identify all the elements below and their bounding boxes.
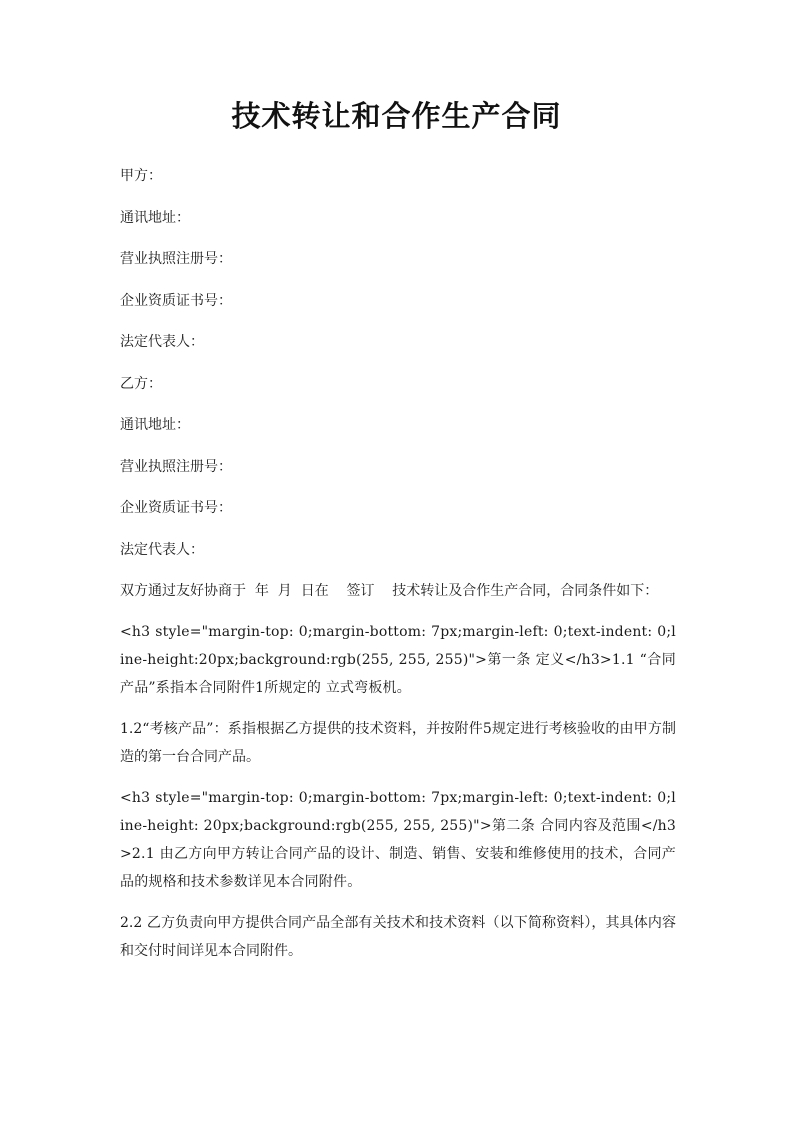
contract-clauses: 双方通过友好协商于 年 月 日在 签订 技术转让及合作生产合同，合同条件如下： … [120, 577, 676, 965]
party-b-label: 乙方： [120, 370, 676, 398]
party-b-license-label: 营业执照注册号： [120, 453, 676, 481]
party-b-section: 乙方： 通讯地址： 营业执照注册号： 企业资质证书号： 法定代表人： [120, 370, 676, 564]
document-body: 甲方： 通讯地址： 营业执照注册号： 企业资质证书号： 法定代表人： 乙方： 通… [120, 162, 676, 978]
clause-1-2-paragraph: 1.2“考核产品”：系指根据乙方提供的技术资料，并按附件5规定进行考核验收的由甲… [120, 715, 676, 771]
party-a-representative-label: 法定代表人： [120, 328, 676, 356]
document-page: 技术转让和合作生产合同 甲方： 通讯地址： 营业执照注册号： 企业资质证书号： … [0, 0, 793, 1122]
document-title: 技术转让和合作生产合同 [0, 94, 793, 138]
clause-1-1-paragraph: <h3 style="margin-top: 0;margin-bottom: … [120, 618, 676, 702]
party-a-label: 甲方： [120, 162, 676, 190]
party-b-qualification-label: 企业资质证书号： [120, 494, 676, 522]
party-a-license-label: 营业执照注册号： [120, 245, 676, 273]
party-a-section: 甲方： 通讯地址： 营业执照注册号： 企业资质证书号： 法定代表人： [120, 162, 676, 356]
party-a-address-label: 通讯地址： [120, 204, 676, 232]
clause-2-1-paragraph: <h3 style="margin-top: 0;margin-bottom: … [120, 784, 676, 896]
preamble-paragraph: 双方通过友好协商于 年 月 日在 签订 技术转让及合作生产合同，合同条件如下： [120, 577, 676, 605]
party-b-address-label: 通讯地址： [120, 411, 676, 439]
party-b-representative-label: 法定代表人： [120, 536, 676, 564]
party-a-qualification-label: 企业资质证书号： [120, 287, 676, 315]
clause-2-2-paragraph: 2.2 乙方负责向甲方提供合同产品全部有关技术和技术资料（以下简称资料），其具体… [120, 909, 676, 965]
